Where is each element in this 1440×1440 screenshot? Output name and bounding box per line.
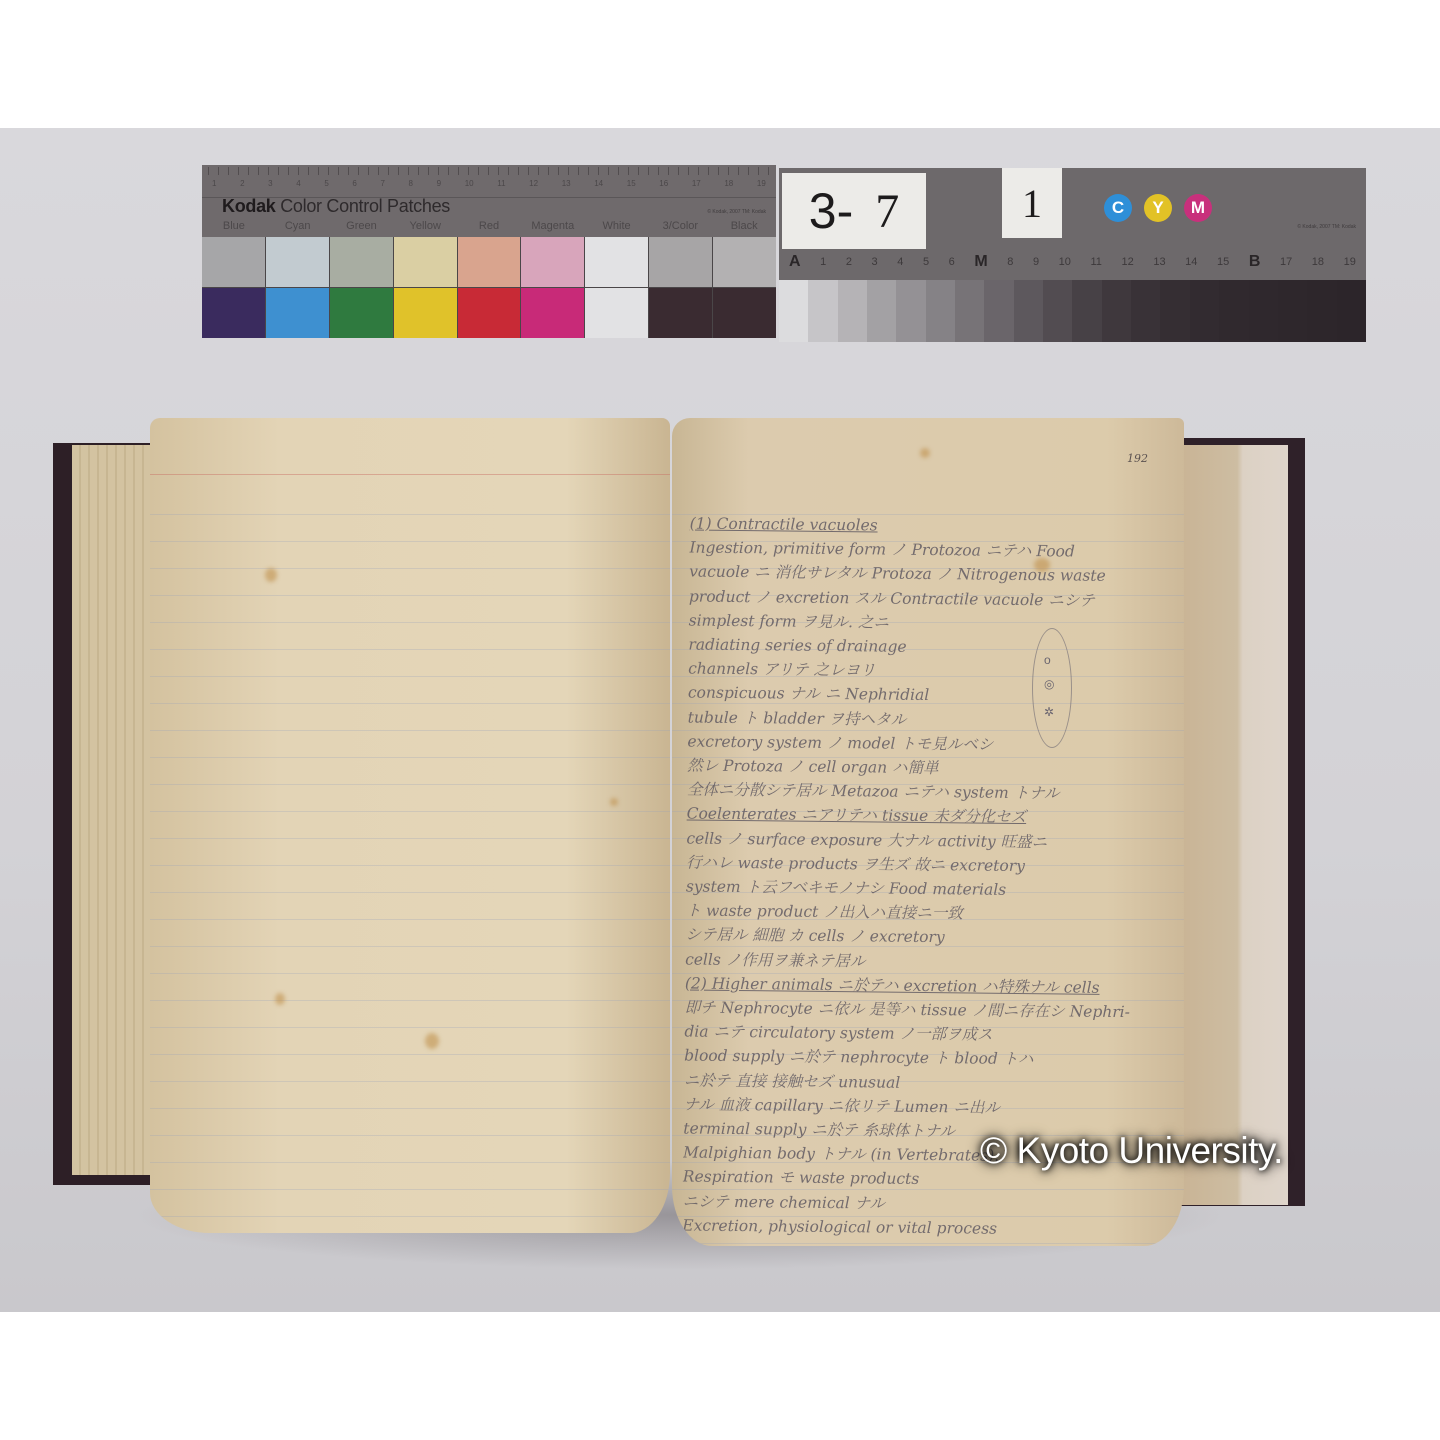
kodak-copyright: © Kodak, 2007 TM: Kodak <box>707 209 766 215</box>
color-patch <box>394 288 457 338</box>
scale-label: 8 <box>1007 256 1013 268</box>
gray-step <box>1278 280 1307 342</box>
cym-c-icon: C <box>1104 194 1132 222</box>
cym-y-icon: Y <box>1144 194 1172 222</box>
scale-label: 5 <box>923 256 929 268</box>
scale-label: A <box>789 253 801 271</box>
scale-label: 12 <box>1122 256 1134 268</box>
scale-label: 11 <box>1091 256 1102 268</box>
gray-scale-labels: A123456M89101112131415B171819 <box>779 246 1366 278</box>
scale-label: 15 <box>1217 256 1229 268</box>
patch-label: Cyan <box>266 220 330 232</box>
tag-volume: 1 <box>1022 180 1042 227</box>
patch-label: Yellow <box>393 220 457 232</box>
scale-label: 9 <box>1033 256 1039 268</box>
ruler-number: 16 <box>659 179 668 188</box>
ruled-lines <box>150 488 670 1233</box>
color-patch <box>394 237 457 287</box>
gray-step <box>1337 280 1366 342</box>
patch-label: White <box>585 220 649 232</box>
scale-label: 2 <box>846 256 852 268</box>
patch-label: Green <box>330 220 394 232</box>
patch-label: Red <box>457 220 521 232</box>
color-patch <box>266 288 329 338</box>
scale-label: 13 <box>1153 256 1165 268</box>
gray-step <box>779 280 808 342</box>
gray-step <box>984 280 1013 342</box>
gray-step <box>838 280 867 342</box>
gray-step <box>1219 280 1248 342</box>
ruler-number: 19 <box>757 179 766 188</box>
foxing-spot <box>265 568 277 582</box>
scale-label: 4 <box>897 256 903 268</box>
color-patches <box>202 237 776 338</box>
color-patch <box>521 237 584 287</box>
patch-labels: BlueCyanGreenYellowRedMagentaWhite3/Colo… <box>202 220 776 232</box>
color-patch <box>202 288 265 338</box>
ruler-number: 17 <box>692 179 701 188</box>
tag-number: 7 <box>875 184 899 239</box>
gray-step <box>1102 280 1131 342</box>
scale-label: 18 <box>1312 256 1324 268</box>
ruler-number: 10 <box>465 179 474 188</box>
patch-label: Black <box>712 220 776 232</box>
gray-step <box>1072 280 1101 342</box>
color-patch <box>585 237 648 287</box>
cym-markers: CYM <box>1104 194 1212 222</box>
patch-label: Magenta <box>521 220 585 232</box>
tag-series: 3- <box>809 182 853 240</box>
color-patch <box>713 288 776 338</box>
color-patch <box>649 288 712 338</box>
scale-label: 14 <box>1185 256 1197 268</box>
scale-label: 3 <box>872 256 878 268</box>
kodak-brand: Kodak <box>222 196 276 216</box>
copyright-watermark: © Kyoto University. <box>980 1130 1283 1172</box>
cym-m-icon: M <box>1184 194 1212 222</box>
ruler-number: 15 <box>627 179 636 188</box>
ruler-number: 12 <box>529 179 538 188</box>
foxing-spot <box>425 1033 439 1049</box>
ruler-number: 3 <box>268 179 272 188</box>
scale-label: 17 <box>1280 256 1292 268</box>
gray-step <box>1307 280 1336 342</box>
volume-sub-tag: 1 <box>1002 168 1062 238</box>
gray-step <box>1190 280 1219 342</box>
scale-label: M <box>974 253 987 271</box>
color-patch <box>266 237 329 287</box>
ruler-ticks <box>208 167 770 175</box>
page-edges-right <box>1175 445 1288 1205</box>
handwritten-line: Excretion, physiological or vital proces… <box>682 1213 1162 1242</box>
color-patch <box>458 288 521 338</box>
gray-step <box>1014 280 1043 342</box>
ruler-number: 11 <box>497 179 505 188</box>
scale-label: B <box>1249 253 1261 271</box>
gray-scale-card: 3- 7 1 CYM © Kodak, 2007 TM: Kodak A1234… <box>779 168 1366 342</box>
ruler-number: 4 <box>296 179 300 188</box>
ruler-numbers: 12345678910111213141516171819 <box>212 179 766 188</box>
kodak-color-control-card: 12345678910111213141516171819 Kodak Colo… <box>202 165 776 338</box>
ruler-number: 2 <box>240 179 244 188</box>
ruler-number: 5 <box>324 179 328 188</box>
kodak-title-text: Color Control Patches <box>280 196 450 216</box>
left-page-blank <box>150 418 670 1233</box>
ruler-number: 6 <box>352 179 356 188</box>
color-patch <box>521 288 584 338</box>
gray-step <box>1131 280 1160 342</box>
patch-label: Blue <box>202 220 266 232</box>
ruler-number: 9 <box>437 179 441 188</box>
color-patch <box>330 288 393 338</box>
right-page-notes: 192 o ◎ ✲ (1) Contractile vacuolesIngest… <box>672 418 1184 1246</box>
foxing-spot <box>275 993 285 1005</box>
foxing-spot <box>920 448 930 458</box>
scale-label: 19 <box>1344 256 1356 268</box>
ruler-number: 8 <box>409 179 413 188</box>
ruler-number: 18 <box>724 179 733 188</box>
margin-line <box>150 474 670 475</box>
gray-steps <box>779 280 1366 342</box>
color-patch <box>330 237 393 287</box>
ruler-number: 1 <box>212 179 216 188</box>
page-number: 192 <box>1127 452 1148 465</box>
color-patch <box>202 237 265 287</box>
gray-step <box>926 280 955 342</box>
patch-label: 3/Color <box>648 220 712 232</box>
foxing-spot <box>610 798 618 806</box>
scale-label: 10 <box>1059 256 1071 268</box>
gray-step <box>867 280 896 342</box>
ruler: 12345678910111213141516171819 <box>202 165 776 198</box>
gray-step <box>808 280 837 342</box>
gray-step <box>955 280 984 342</box>
ruler-number: 13 <box>562 179 571 188</box>
color-patch <box>585 288 648 338</box>
color-patch <box>458 237 521 287</box>
volume-tag: 3- 7 <box>782 173 926 249</box>
gray-step <box>896 280 925 342</box>
scale-label: 6 <box>949 256 955 268</box>
ruler-number: 7 <box>380 179 384 188</box>
ruler-number: 14 <box>594 179 603 188</box>
gray-step <box>1249 280 1278 342</box>
color-patch <box>649 237 712 287</box>
gray-step <box>1160 280 1189 342</box>
color-patch <box>713 237 776 287</box>
gray-copyright: © Kodak, 2007 TM: Kodak <box>1297 224 1356 230</box>
gray-step <box>1043 280 1072 342</box>
scale-label: 1 <box>820 256 826 268</box>
kodak-title: Kodak Color Control Patches <box>222 196 450 217</box>
